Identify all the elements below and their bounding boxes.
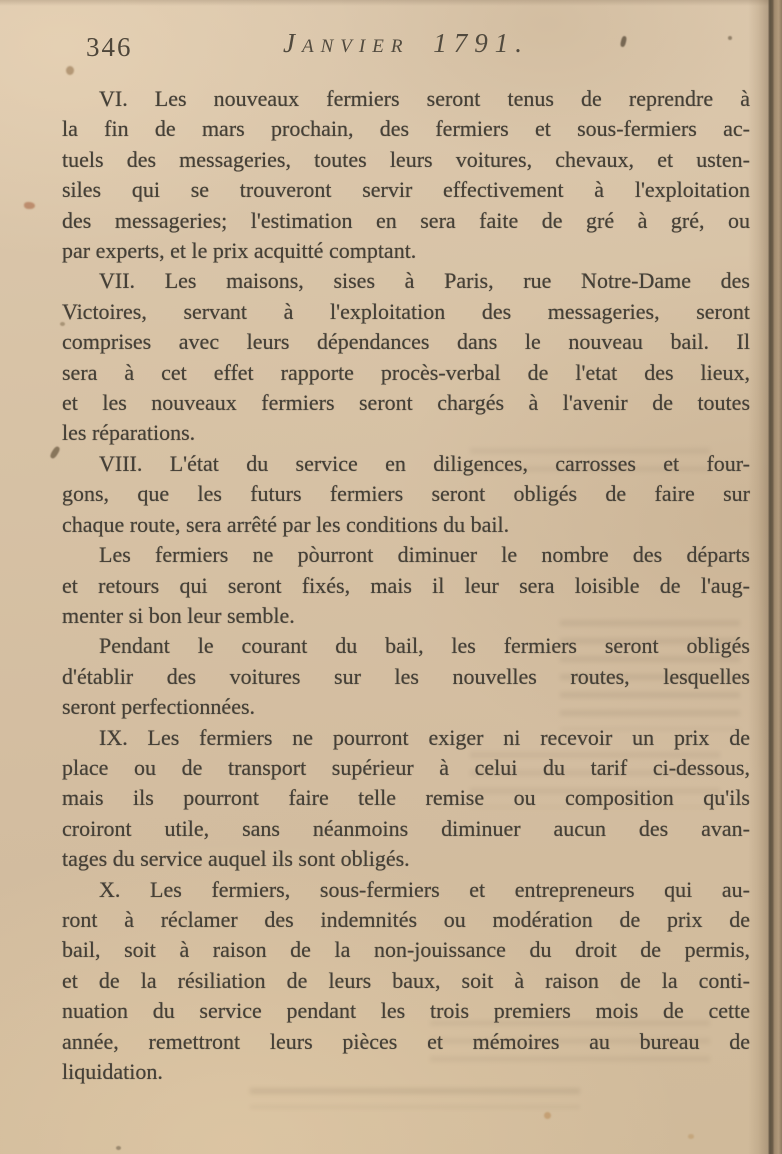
paragraph: Les fermiers ne pòurront diminuer le nom… <box>62 540 750 631</box>
text-line: tuels des messageries, toutes leurs voit… <box>62 145 750 175</box>
page-header: 346 Janvier 1791. <box>62 28 750 68</box>
page-text: VI. Les nouveaux fermiers seront tenus d… <box>62 84 750 1087</box>
text-line: liquidation. <box>62 1057 750 1087</box>
foxing-speck <box>116 1146 121 1150</box>
text-line: Les fermiers ne pòurront diminuer le nom… <box>62 540 750 570</box>
paragraph: VII. Les maisons, sises à Paris, rue Not… <box>62 266 750 448</box>
paragraph: X. Les fermiers, sous-fermiers et entrep… <box>62 875 750 1088</box>
text-line: VII. Les maisons, sises à Paris, rue Not… <box>62 266 750 296</box>
text-line: X. Les fermiers, sous-fermiers et entrep… <box>62 875 750 905</box>
foxing-speck <box>688 1134 694 1139</box>
text-line: et retours qui seront fixés, mais il leu… <box>62 571 750 601</box>
text-line: mais ils pourront faire telle remise ou … <box>62 783 750 813</box>
running-head: Janvier 1791. <box>62 28 750 59</box>
text-line: place ou de transport supérieur à celui … <box>62 753 750 783</box>
text-line: année, remettront leurs pièces et mémoir… <box>62 1027 750 1057</box>
text-line: Pendant le courant du bail, les fermiers… <box>62 631 750 661</box>
bleed-through-smudge <box>250 1088 580 1108</box>
text-line: VI. Les nouveaux fermiers seront tenus d… <box>62 84 750 114</box>
foxing-speck <box>24 202 35 209</box>
paragraph: VI. Les nouveaux fermiers seront tenus d… <box>62 84 750 266</box>
text-line: menter si bon leur semble. <box>62 601 750 631</box>
paragraph: Pendant le courant du bail, les fermiers… <box>62 631 750 722</box>
page-right-edge-binding <box>748 0 782 1154</box>
paragraph: IX. Les fermiers ne pourront exiger ni r… <box>62 723 750 875</box>
text-line: croiront utile, sans néanmoins diminuer … <box>62 814 750 844</box>
text-line: ront à réclamer des indemnités ou modéra… <box>62 905 750 935</box>
text-line: d'établir des voitures sur les nouvelles… <box>62 662 750 692</box>
paragraph: VIII. L'état du service en diligences, c… <box>62 449 750 540</box>
text-line: seront perfectionnées. <box>62 692 750 722</box>
text-line: VIII. L'état du service en diligences, c… <box>62 449 750 479</box>
text-line: chaque route, sera arrêté par les condit… <box>62 510 750 540</box>
text-line: tages du service auquel ils sont obligés… <box>62 844 750 874</box>
ink-mark <box>49 445 61 459</box>
book-page-scan: 346 Janvier 1791. VI. Les nouveaux fermi… <box>0 0 782 1154</box>
text-line: la fin de mars prochain, des fermiers et… <box>62 114 750 144</box>
text-line: bail, soit à raison de la non-jouissance… <box>62 935 750 965</box>
page-top-edge-shadow <box>0 0 782 6</box>
text-line: et de la résiliation de leurs baux, soit… <box>62 966 750 996</box>
text-line: IX. Les fermiers ne pourront exiger ni r… <box>62 723 750 753</box>
foxing-speck <box>544 1112 551 1119</box>
text-line: par experts, et le prix acquitté comptan… <box>62 236 750 266</box>
text-line: et les nouveaux fermiers seront chargés … <box>62 388 750 418</box>
text-line: Victoires, servant à l'exploitation des … <box>62 297 750 327</box>
text-line: comprises avec leurs dépendances dans le… <box>62 327 750 357</box>
text-line: gons, que les futurs fermiers seront obl… <box>62 479 750 509</box>
text-line: les réparations. <box>62 418 750 448</box>
text-line: sera à cet effet rapporte procès-verbal … <box>62 358 750 388</box>
text-line: nuation du service pendant les trois pre… <box>62 996 750 1026</box>
text-line: des messageries; l'estimation en sera fa… <box>62 206 750 236</box>
text-line: siles qui se trouveront servir effective… <box>62 175 750 205</box>
